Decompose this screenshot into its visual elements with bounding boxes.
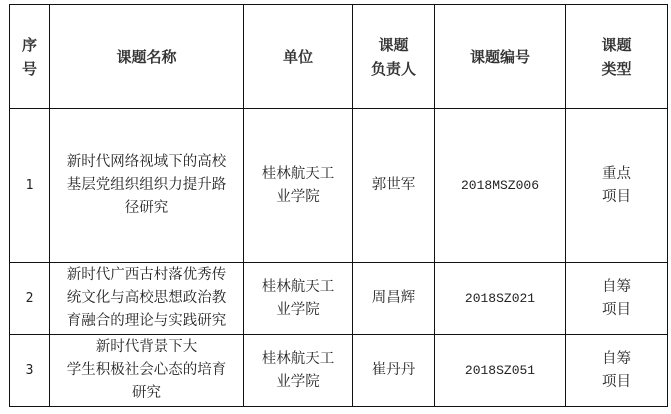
unit-line: 桂林航天工 — [248, 348, 348, 371]
unit-line: 业学院 — [248, 299, 348, 322]
header-title-text: 课题名称 — [54, 45, 239, 69]
type-line: 项目 — [570, 299, 663, 322]
row-index: 1 — [10, 109, 50, 263]
header-title: 课题名称 — [50, 5, 244, 109]
header-type-line1: 课题 — [570, 33, 663, 57]
row-index: 3 — [10, 335, 50, 407]
title-line: 育融合的理论与实践研究 — [54, 310, 239, 333]
table-row: 2 新时代广西古村落优秀传 统文化与高校思想政治教 育融合的理论与实践研究 桂林… — [10, 263, 668, 335]
row-leader: 周昌辉 — [353, 263, 435, 335]
header-type-line2: 类型 — [570, 57, 663, 81]
row-title: 新时代背景下大 学生积极社会心态的培育 研究 — [50, 335, 244, 407]
title-line: 统文化与高校思想政治教 — [54, 287, 239, 310]
table-row: 1 新时代网络视域下的高校 基层党组织组织力提升路 径研究 桂林航天工 业学院 … — [10, 109, 668, 263]
row-unit: 桂林航天工 业学院 — [244, 109, 353, 263]
row-leader: 崔丹丹 — [353, 335, 435, 407]
unit-line: 业学院 — [248, 186, 348, 209]
title-line: 新时代广西古村落优秀传 — [54, 264, 239, 287]
type-line: 自筹 — [570, 276, 663, 299]
type-line: 重点 — [570, 163, 663, 186]
row-unit: 桂林航天工 业学院 — [244, 335, 353, 407]
header-index-line2: 号 — [14, 57, 45, 81]
row-type: 自筹 项目 — [566, 263, 668, 335]
row-leader: 郭世军 — [353, 109, 435, 263]
type-line: 自筹 — [570, 348, 663, 371]
row-type: 重点 项目 — [566, 109, 668, 263]
header-leader: 课题 负责人 — [353, 5, 435, 109]
header-type: 课题 类型 — [566, 5, 668, 109]
row-code: 2018MSZ006 — [435, 109, 566, 263]
project-table: 序 号 课题名称 单位 课题 负责人 课题编号 课题 类型 1 新时代网络视域下… — [9, 4, 668, 407]
row-type: 自筹 项目 — [566, 335, 668, 407]
row-unit: 桂林航天工 业学院 — [244, 263, 353, 335]
header-unit-text: 单位 — [248, 45, 348, 69]
type-line: 项目 — [570, 186, 663, 209]
title-line: 新时代背景下大 — [54, 336, 239, 359]
row-title: 新时代网络视域下的高校 基层党组织组织力提升路 径研究 — [50, 109, 244, 263]
title-line: 径研究 — [54, 197, 239, 220]
row-title: 新时代广西古村落优秀传 统文化与高校思想政治教 育融合的理论与实践研究 — [50, 263, 244, 335]
unit-line: 桂林航天工 — [248, 163, 348, 186]
table-header-row: 序 号 课题名称 单位 课题 负责人 课题编号 课题 类型 — [10, 5, 668, 109]
title-line: 研究 — [54, 382, 239, 405]
title-line: 基层党组织组织力提升路 — [54, 174, 239, 197]
table-row: 3 新时代背景下大 学生积极社会心态的培育 研究 桂林航天工 业学院 崔丹丹 2… — [10, 335, 668, 407]
row-code: 2018SZ051 — [435, 335, 566, 407]
header-code: 课题编号 — [435, 5, 566, 109]
header-unit: 单位 — [244, 5, 353, 109]
title-line: 学生积极社会心态的培育 — [54, 359, 239, 382]
header-leader-line2: 负责人 — [357, 57, 430, 81]
header-index: 序 号 — [10, 5, 50, 109]
header-leader-line1: 课题 — [357, 33, 430, 57]
row-code: 2018SZ021 — [435, 263, 566, 335]
header-code-text: 课题编号 — [439, 45, 561, 69]
unit-line: 业学院 — [248, 371, 348, 394]
type-line: 项目 — [570, 371, 663, 394]
title-line: 新时代网络视域下的高校 — [54, 151, 239, 174]
header-index-line1: 序 — [14, 33, 45, 57]
row-index: 2 — [10, 263, 50, 335]
unit-line: 桂林航天工 — [248, 276, 348, 299]
